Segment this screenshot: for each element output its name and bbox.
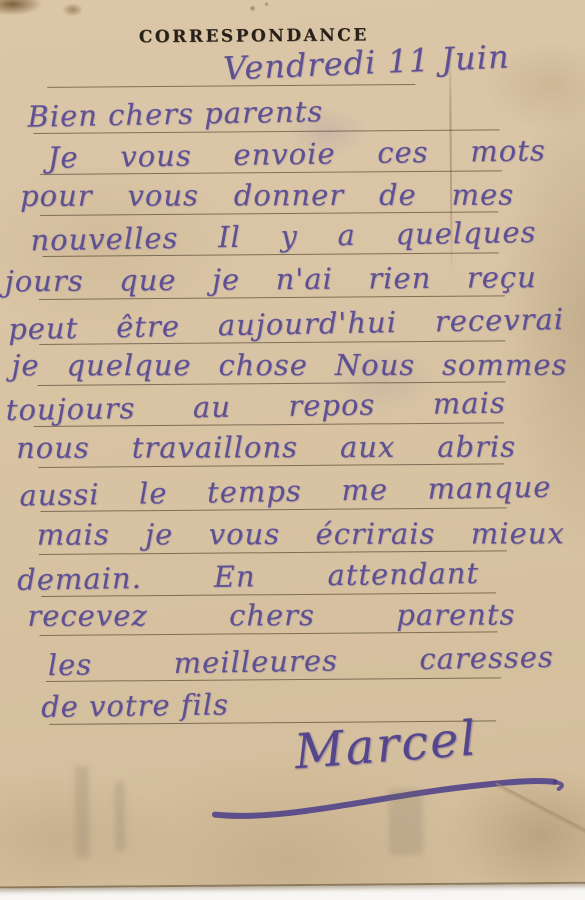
ink-show-through bbox=[389, 789, 424, 855]
handwritten-line: Je vous envoie ces mots bbox=[47, 130, 546, 177]
handwritten-line: peut être aujourd'hui recevrai bbox=[8, 299, 565, 349]
ink-show-through bbox=[75, 766, 90, 858]
handwritten-line: de votre fils bbox=[41, 683, 371, 727]
ink-show-through bbox=[115, 781, 126, 851]
postcard: CORRESPONDANCE Vendredi 11 Juin Bien che… bbox=[0, 0, 585, 888]
handwritten-line: nous travaillons aux abris bbox=[16, 427, 516, 468]
handwritten-line: Bien chers parents bbox=[27, 91, 328, 136]
handwritten-line: mais je vous écrirais mieux bbox=[37, 513, 565, 554]
signature-flourish bbox=[196, 750, 577, 823]
handwritten-line: les meilleures caresses bbox=[47, 637, 554, 685]
handwritten-line: recevez chers parents bbox=[27, 595, 515, 636]
handwritten-line: je quelque chose Nous sommes bbox=[11, 345, 567, 385]
handwritten-line: demain. En attendant bbox=[17, 553, 480, 600]
handwritten-line: jours que je n'ai rien reçu bbox=[5, 257, 537, 301]
handwritten-line: pour vous donner de mes bbox=[20, 175, 514, 216]
handwritten-line: toujours au repos mais bbox=[5, 383, 506, 430]
postcard-photo: CORRESPONDANCE Vendredi 11 Juin Bien che… bbox=[0, 0, 585, 900]
handwritten-line: nouvelles Il y a quelques bbox=[30, 212, 537, 260]
